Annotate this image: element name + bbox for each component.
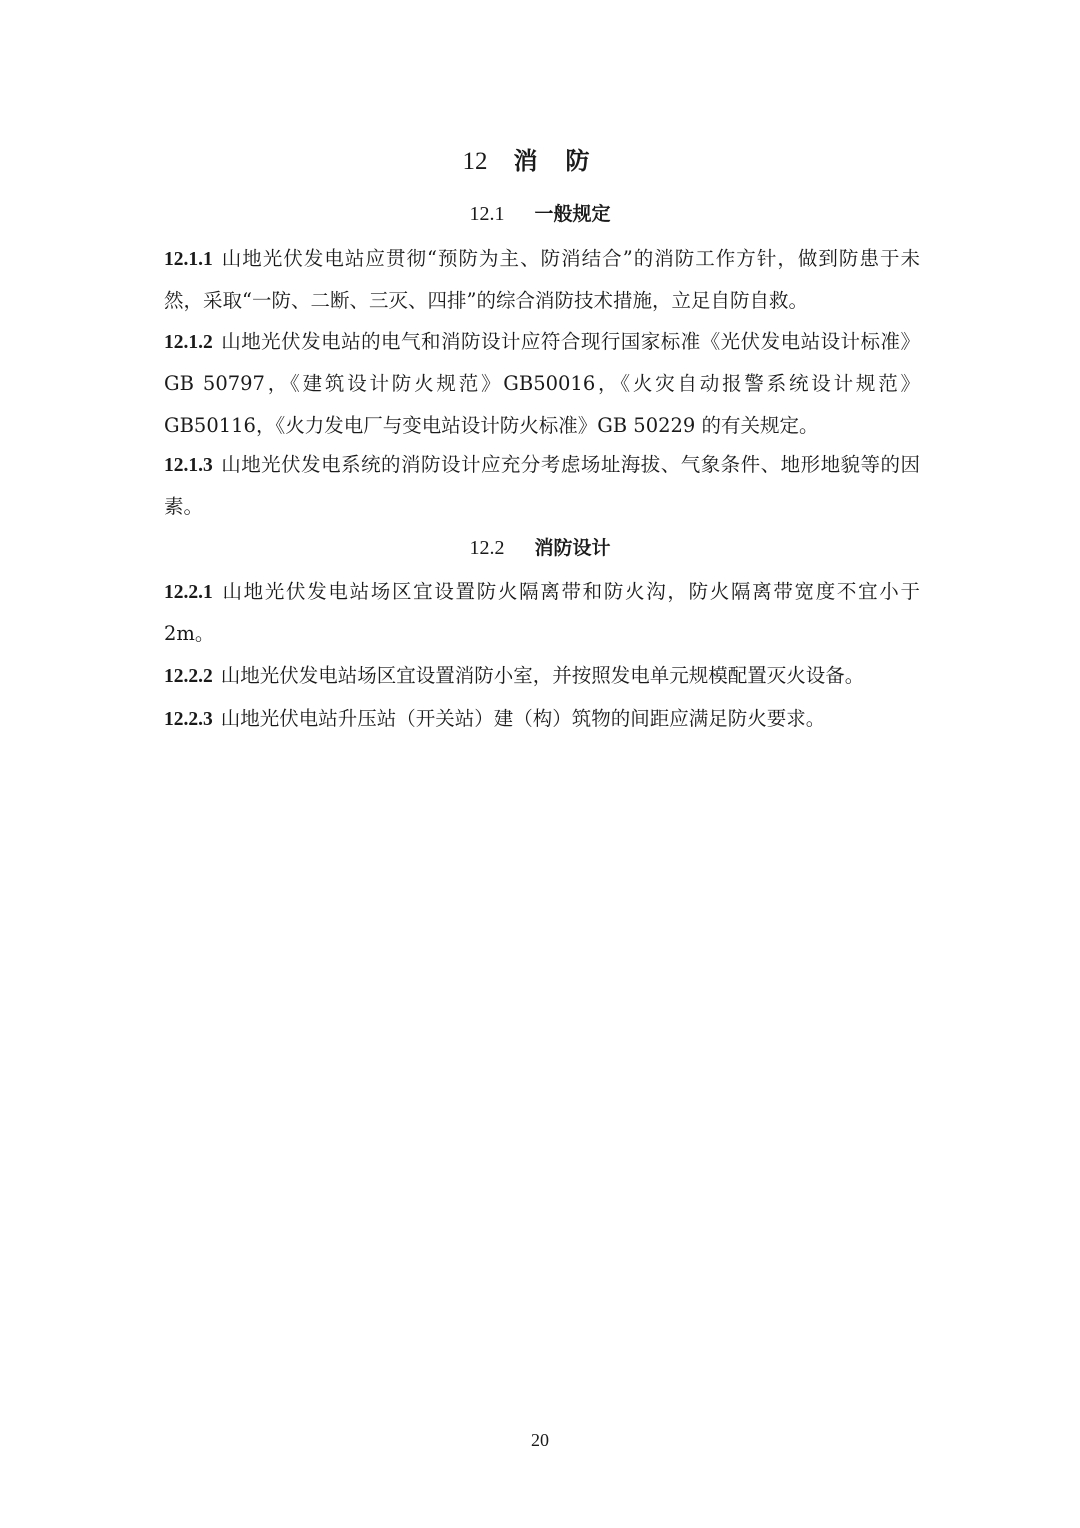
document-page: 12消防 12.1一般规定 12.1.1山地光伏发电站应贯彻“预防为主、防消结合… [0, 0, 1080, 1528]
clause-12-1-3: 12.1.3山地光伏发电系统的消防设计应充分考虑场址海拔、气象条件、地形地貌等的… [164, 444, 920, 528]
chapter-title: 消防 [514, 147, 618, 175]
section-title: 消防设计 [534, 537, 610, 559]
section-title: 一般规定 [534, 203, 610, 225]
chapter-heading: 12消防 [0, 140, 1080, 183]
clause-12-1-2: 12.1.2山地光伏发电站的电气和消防设计应符合现行国家标准《光伏发电站设计标准… [164, 321, 920, 447]
clause-number: 12.1.1 [164, 249, 213, 270]
clause-text: 山地光伏发电站场区宜设置消防小室，并按照发电单元规模配置灭火设备。 [221, 664, 865, 687]
clause-text: 山地光伏发电站的电气和消防设计应符合现行国家标准《光伏发电站设计标准》GB 50… [164, 330, 920, 437]
section-number: 12.1 [469, 203, 504, 225]
clause-text: 山地光伏发电站场区宜设置防火隔离带和防火沟，防火隔离带宽度不宜小于 2m。 [164, 580, 920, 645]
clause-text: 山地光伏发电系统的消防设计应充分考虑场址海拔、气象条件、地形地貌等的因素。 [164, 453, 920, 518]
section-number: 12.2 [469, 537, 504, 559]
clause-12-2-2: 12.2.2山地光伏发电站场区宜设置消防小室，并按照发电单元规模配置灭火设备。 [164, 655, 920, 697]
page-number: 20 [0, 1428, 1080, 1452]
section-heading-12-2: 12.2消防设计 [0, 532, 1080, 564]
clause-12-2-3: 12.2.3山地光伏电站升压站（开关站）建（构）筑物的间距应满足防火要求。 [164, 698, 920, 740]
clause-text: 山地光伏发电站应贯彻“预防为主、防消结合”的消防工作方针，做到防患于未然，采取“… [164, 247, 920, 312]
section-heading-12-1: 12.1一般规定 [0, 198, 1080, 230]
clause-number: 12.1.3 [164, 455, 213, 476]
clause-number: 12.1.2 [164, 332, 213, 353]
clause-12-2-1: 12.2.1山地光伏发电站场区宜设置防火隔离带和防火沟，防火隔离带宽度不宜小于 … [164, 571, 920, 655]
clause-number: 12.2.2 [164, 666, 213, 687]
clause-12-1-1: 12.1.1山地光伏发电站应贯彻“预防为主、防消结合”的消防工作方针，做到防患于… [164, 238, 920, 322]
chapter-number: 12 [463, 148, 488, 175]
clause-number: 12.2.3 [164, 709, 213, 730]
clause-number: 12.2.1 [164, 582, 213, 603]
clause-text: 山地光伏电站升压站（开关站）建（构）筑物的间距应满足防火要求。 [221, 707, 826, 730]
